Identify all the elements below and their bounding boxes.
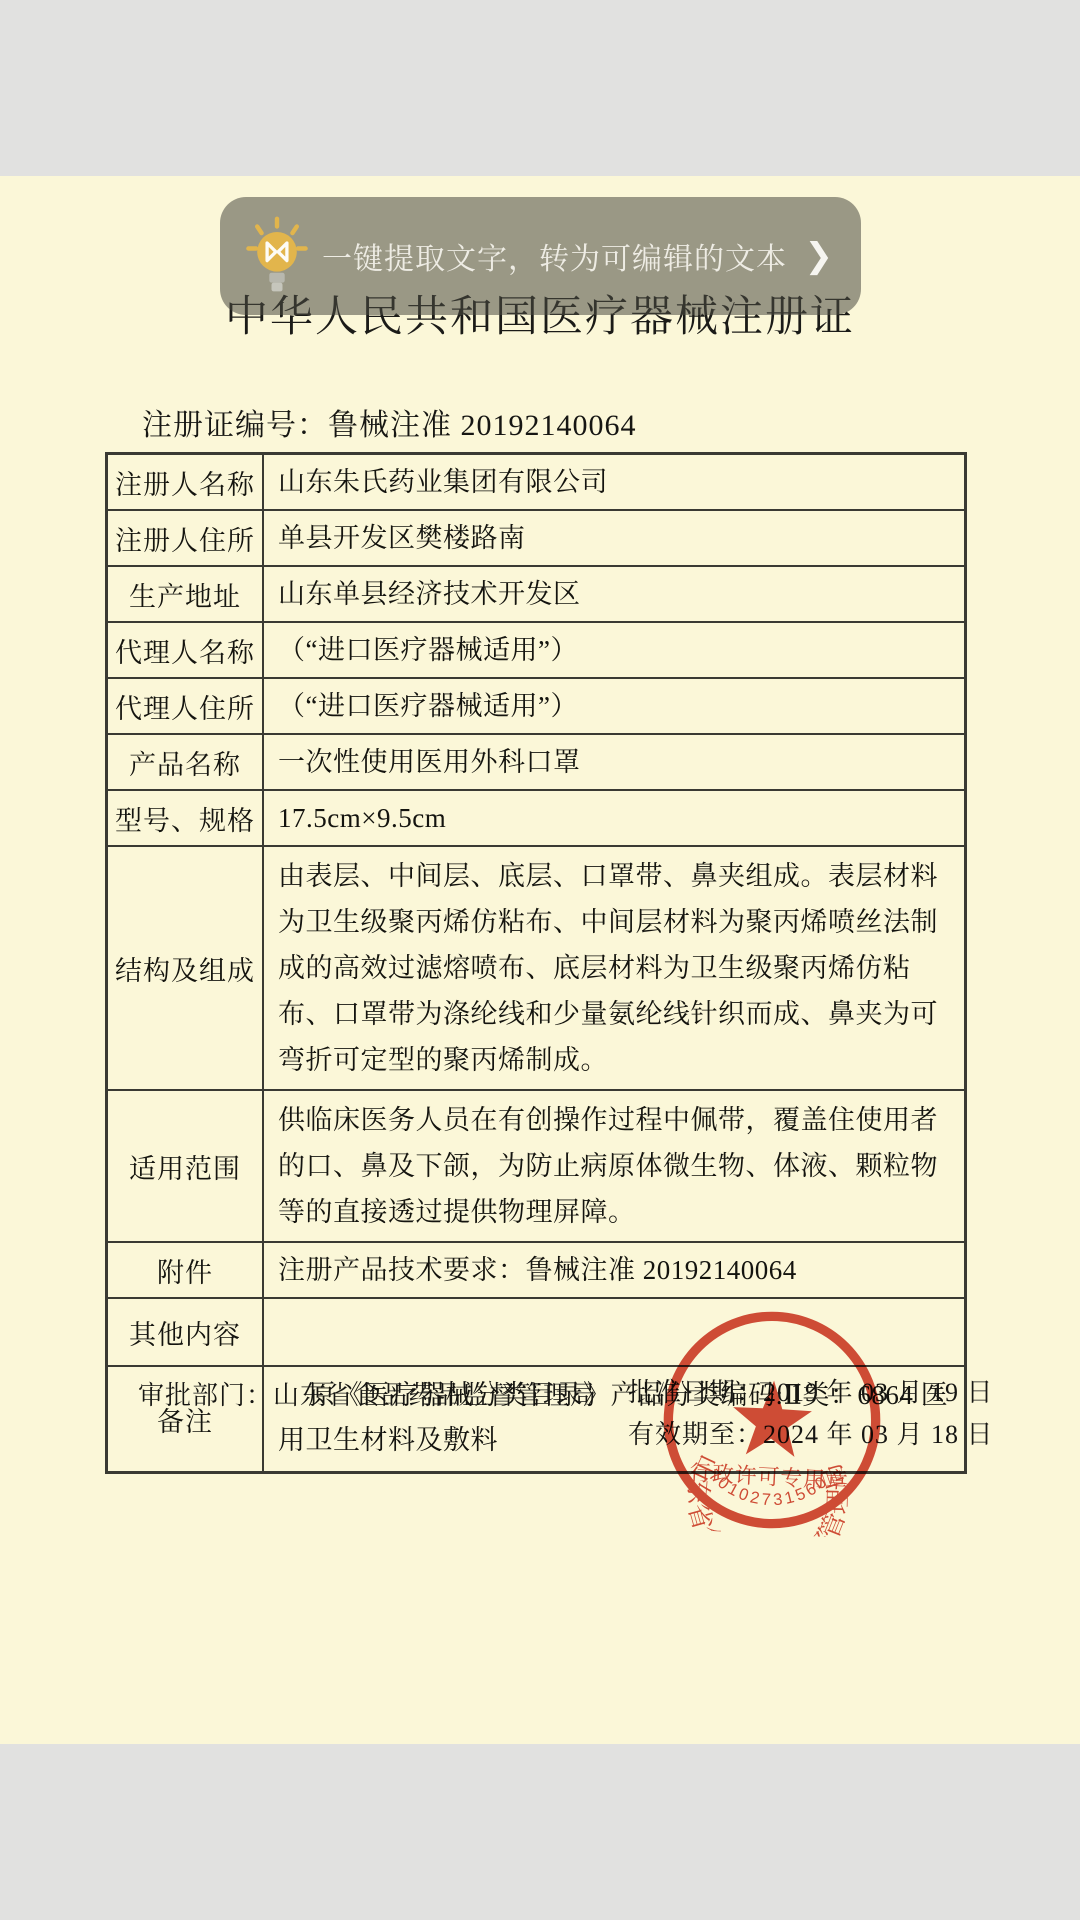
row-value: 一次性使用医用外科口罩 — [263, 734, 966, 790]
row-label: 代理人名称 — [107, 622, 264, 678]
table-row: 代理人住所 （“进口医疗器械适用”） — [107, 678, 966, 734]
table-row: 结构及组成 由表层、中间层、底层、口罩带、鼻夹组成。表层材料为卫生级聚丙烯仿粘布… — [107, 846, 966, 1090]
table-row: 产品名称 一次性使用医用外科口罩 — [107, 734, 966, 790]
row-label: 附件 — [107, 1242, 264, 1298]
row-label: 产品名称 — [107, 734, 264, 790]
row-value: （“进口医疗器械适用”） — [263, 622, 966, 678]
row-label: 生产地址 — [107, 566, 264, 622]
lightbulb-icon — [244, 212, 310, 301]
registration-number: 注册证编号：鲁械注准 20192140064 — [142, 400, 637, 444]
row-value: 注册产品技术要求：鲁械注准 20192140064 — [263, 1242, 966, 1298]
table-row: 附件 注册产品技术要求：鲁械注准 20192140064 — [107, 1242, 966, 1298]
extract-text-banner[interactable]: 一键提取文字，转为可编辑的文本 ❯ — [220, 197, 861, 315]
row-label: 型号、规格 — [107, 790, 264, 846]
table-row: 生产地址 山东单县经济技术开发区 — [107, 566, 966, 622]
row-value: 由表层、中间层、底层、口罩带、鼻夹组成。表层材料为卫生级聚丙烯仿粘布、中间层材料… — [263, 846, 966, 1090]
row-label: 适用范围 — [107, 1090, 264, 1242]
row-label: 注册人名称 — [107, 454, 264, 511]
seal-star-icon — [731, 1379, 814, 1458]
chevron-right-icon[interactable]: ❯ — [805, 239, 834, 273]
row-label: 注册人住所 — [107, 510, 264, 566]
row-value: 山东朱氏药业集团有限公司 — [263, 454, 966, 511]
table-row: 代理人名称 （“进口医疗器械适用”） — [107, 622, 966, 678]
row-label: 结构及组成 — [107, 846, 264, 1090]
row-value: 单县开发区樊楼路南 — [263, 510, 966, 566]
row-value: 17.5cm×9.5cm — [263, 790, 966, 846]
table-row: 型号、规格 17.5cm×9.5cm — [107, 790, 966, 846]
row-value: 供临床医务人员在有创操作过程中佩带，覆盖住使用者的口、鼻及下颌，为防止病原体微生… — [263, 1090, 966, 1242]
table-row: 注册人名称 山东朱氏药业集团有限公司 — [107, 454, 966, 511]
official-seal-stamp: 山东省食品药品监督管理局 行政许可专用章 3701027315608 — [652, 1300, 892, 1540]
row-label: 其他内容 — [107, 1298, 264, 1366]
table-row: 适用范围 供临床医务人员在有创操作过程中佩带，覆盖住使用者的口、鼻及下颌，为防止… — [107, 1090, 966, 1242]
row-label: 代理人住所 — [107, 678, 264, 734]
row-value: 山东单县经济技术开发区 — [263, 566, 966, 622]
table-row: 注册人住所 单县开发区樊楼路南 — [107, 510, 966, 566]
extract-text-label: 一键提取文字，转为可编辑的文本 — [322, 234, 787, 278]
approval-department: 审批部门：山东省食品药品监督管理局 — [138, 1375, 597, 1412]
row-value: （“进口医疗器械适用”） — [263, 678, 966, 734]
